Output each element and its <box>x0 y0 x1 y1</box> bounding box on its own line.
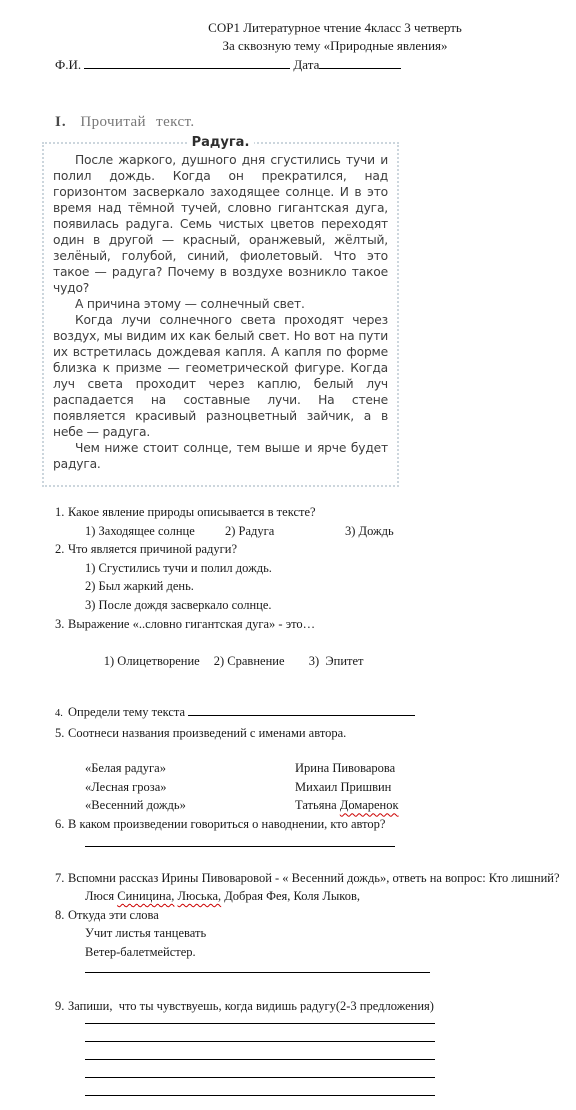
passage-box: Радуга. После жаркого, душного дня сгуст… <box>42 142 399 487</box>
q9-answer-line <box>85 1042 435 1060</box>
q3-option-1: 1) Олицетворение <box>104 652 214 671</box>
date-blank-line <box>319 57 401 69</box>
passage-paragraph: А причина этому — солнечный свет. <box>53 296 388 312</box>
match-author-1: Ирина Пивоварова <box>295 761 395 775</box>
question-2: 2.Что является причиной радуги? <box>55 540 565 559</box>
passage-paragraph: Когда лучи солнечного света проходят чер… <box>53 312 388 440</box>
q9-answer-line <box>85 1078 435 1096</box>
question-6: 6.В каком произведении говориться о наво… <box>55 815 565 834</box>
question-2-text: Что является причиной радуги? <box>68 542 237 556</box>
match-row: «Весенний дождь»Татьяна Домаренок <box>55 796 565 815</box>
question-6-text: В каком произведении говориться о наводн… <box>68 817 385 831</box>
q9-answer-line <box>85 1024 435 1042</box>
task-instruction: Прочитай текст. <box>80 114 194 130</box>
question-9-number: 9. <box>55 997 68 1016</box>
question-3: 3.Выражение «..словно гигантская дуга» -… <box>55 615 565 634</box>
question-5-text: Соотнеси названия произведений с именами… <box>68 726 346 740</box>
question-7-number: 7. <box>55 869 68 888</box>
q2-option-2: 2) Был жаркий день. <box>55 577 565 596</box>
name-blank-line <box>84 57 290 69</box>
question-1-number: 1. <box>55 503 68 522</box>
q7-name-misspelled-1: Синицина, <box>117 889 174 903</box>
question-3-options: 1) Олицетворение2) Сравнение3) Эпитет <box>55 633 565 689</box>
q9-answer-line <box>85 1096 435 1110</box>
q6-answer-line <box>85 846 395 847</box>
question-9: 9.Запиши, что ты чувствуешь, когда видиш… <box>55 997 565 1016</box>
question-4-text: Определи тему текста <box>68 705 185 719</box>
question-4-number: 4. <box>55 705 68 724</box>
q1-option-3: 3) Дождь <box>345 522 394 541</box>
match-row: «Лесная гроза»Михаил Пришвин <box>55 778 565 797</box>
q2-option-3: 3) После дождя засверкало солнце. <box>55 596 565 615</box>
name-label: Ф.И. <box>55 57 81 72</box>
q7-name-part1: Люся <box>85 889 114 903</box>
q7-name-part2: Добрая Фея, Коля Лыков, <box>224 889 360 903</box>
worksheet-page: СОР1 Литературное чтение 4класс 3 четвер… <box>0 0 576 1110</box>
question-3-text: Выражение «..словно гигантская дуга» - э… <box>68 617 315 631</box>
q8-quote-line-1: Учит листья танцевать <box>55 924 565 943</box>
passage-body: После жаркого, душного дня сгустились ту… <box>53 152 388 472</box>
question-8: 8.Откуда эти слова <box>55 906 565 925</box>
page-header: СОР1 Литературное чтение 4класс 3 четвер… <box>40 19 576 55</box>
q2-option-1: 1) Сгустились тучи и полил дождь. <box>55 559 565 578</box>
question-8-text: Откуда эти слова <box>68 908 159 922</box>
match-table: «Белая радуга»Ирина Пивоварова «Лесная г… <box>55 759 565 815</box>
match-author-3-surname: Домаренок <box>340 798 399 812</box>
question-7: 7.Вспомни рассказ Ирины Пивоваровой - « … <box>55 869 565 888</box>
match-author-3: Татьяна <box>295 798 337 812</box>
task-heading: I. Прочитай текст. <box>55 114 195 131</box>
question-9-text: Запиши, что ты чувствуешь, когда видишь … <box>68 999 434 1013</box>
date-label: Дата <box>293 57 319 72</box>
header-line1: СОР1 Литературное чтение 4класс 3 четвер… <box>40 19 576 37</box>
match-title-1: «Белая радуга» <box>85 759 295 778</box>
match-row: «Белая радуга»Ирина Пивоварова <box>55 759 565 778</box>
question-2-number: 2. <box>55 540 68 559</box>
question-5-number: 5. <box>55 724 68 743</box>
question-5: 5.Соотнеси названия произведений с имена… <box>55 724 565 743</box>
question-6-number: 6. <box>55 815 68 834</box>
q9-answer-line <box>85 1060 435 1078</box>
question-4: 4.Определи тему текста <box>55 703 565 724</box>
q1-option-1: 1) Заходящее солнце <box>85 522 225 541</box>
question-8-number: 8. <box>55 906 68 925</box>
q1-option-2: 2) Радуга <box>225 522 345 541</box>
passage-paragraph: После жаркого, душного дня сгустились ту… <box>53 152 388 296</box>
q3-option-3: 3) Эпитет <box>309 652 364 671</box>
q4-answer-line <box>188 705 415 716</box>
q7-name-misspelled-2: Люська, <box>178 889 222 903</box>
q3-option-2: 2) Сравнение <box>214 652 309 671</box>
name-date-row: Ф.И. Дата <box>55 57 401 73</box>
q8-answer-line <box>85 972 430 973</box>
match-author-2: Михаил Пришвин <box>295 780 391 794</box>
q8-quote-line-2: Ветер-балетмейстер. <box>55 943 565 962</box>
question-1-text: Какое явление природы описывается в текс… <box>68 505 316 519</box>
questions-section: 1.Какое явление природы описывается в те… <box>55 503 565 1110</box>
task-number: I. <box>55 114 67 130</box>
question-1: 1.Какое явление природы описывается в те… <box>55 503 565 522</box>
passage-paragraph: Чем ниже стоит солнце, тем выше и ярче б… <box>53 440 388 472</box>
header-line2: За сквозную тему «Природные явления» <box>40 37 576 55</box>
match-title-2: «Лесная гроза» <box>85 778 295 797</box>
question-7-text: Вспомни рассказ Ирины Пивоваровой - « Ве… <box>68 871 560 885</box>
question-3-number: 3. <box>55 615 68 634</box>
q9-answer-line <box>85 1016 435 1024</box>
question-1-options: 1) Заходящее солнце2) Радуга3) Дождь <box>55 522 565 541</box>
match-title-3: «Весенний дождь» <box>85 796 295 815</box>
passage-title: Радуга. <box>187 135 255 150</box>
q7-names-line: Люся Синицина, Люська, Добрая Фея, Коля … <box>55 887 565 906</box>
